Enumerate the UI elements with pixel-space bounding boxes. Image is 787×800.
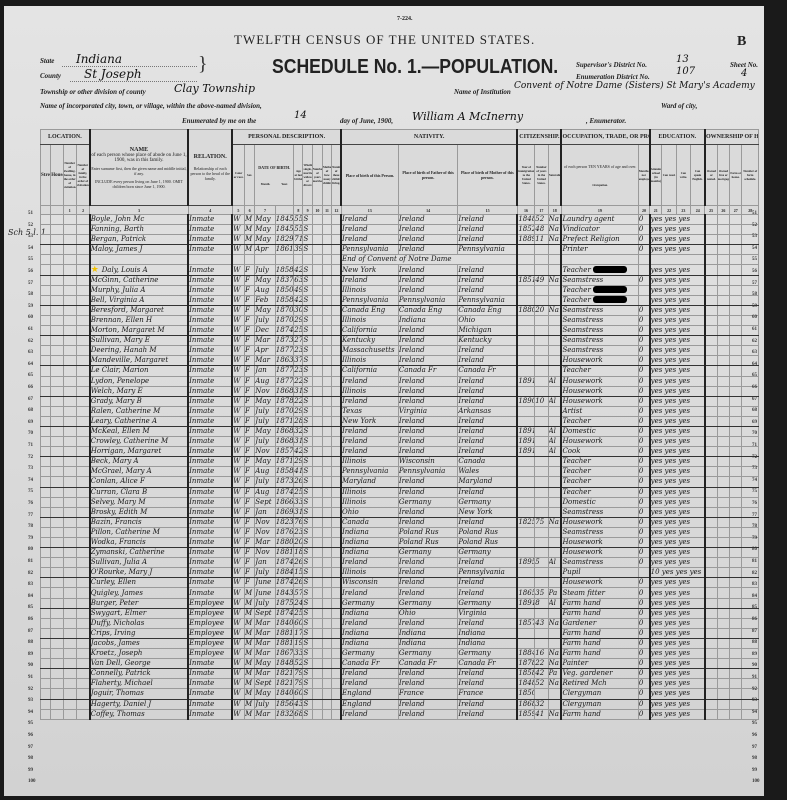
table-row: Conlan, Alice FInmateWFJuly187326SMaryla… bbox=[41, 477, 759, 487]
sex-cell: F bbox=[245, 366, 255, 376]
relation-cell: Employee bbox=[188, 598, 232, 608]
age-cell: 31 bbox=[294, 386, 303, 396]
children-living-cell bbox=[332, 497, 341, 507]
occupation-cell: Veg. gardener bbox=[561, 669, 638, 679]
occupation-cell: Seamstress bbox=[561, 558, 638, 568]
free-mortgaged-cell bbox=[717, 235, 729, 245]
months-unemployed-cell: 0 bbox=[638, 406, 649, 416]
years-in-us-cell: 49 bbox=[535, 275, 548, 285]
owned-rented-cell bbox=[705, 588, 717, 598]
immigration-year-cell: 1825 bbox=[517, 517, 534, 527]
table-row: Kroetz, JosephEmployeeWMMar186733SGerman… bbox=[41, 649, 759, 659]
column-number: 18 bbox=[548, 206, 561, 215]
marital-cell: S bbox=[303, 507, 312, 517]
color-cell: W bbox=[232, 416, 244, 426]
years-in-us-cell: 41 bbox=[535, 709, 548, 719]
color-cell: W bbox=[232, 346, 244, 356]
house-number-cell bbox=[51, 356, 63, 366]
enumerated-prefix: Enumerated by me on the bbox=[182, 117, 256, 125]
sex-cell: F bbox=[245, 437, 255, 447]
father-birthplace-cell: Ireland bbox=[398, 477, 457, 487]
free-mortgaged-cell bbox=[717, 366, 729, 376]
birth-year-cell: 1845 bbox=[275, 215, 293, 225]
birth-month-cell: Mar bbox=[255, 538, 276, 548]
father-birthplace-cell: Indiana bbox=[398, 628, 457, 638]
occupation-cell: Vindicator bbox=[561, 225, 638, 235]
marital-cell: S bbox=[303, 709, 312, 719]
children-living-cell bbox=[332, 467, 341, 477]
education-cell: yes yes yes bbox=[650, 517, 705, 527]
house-number-cell bbox=[51, 346, 63, 356]
birth-month-cell: May bbox=[255, 457, 276, 467]
column-number: 23 bbox=[676, 206, 690, 215]
col-attended-school: Attended school (in months). bbox=[650, 145, 662, 206]
free-mortgaged-cell bbox=[717, 548, 729, 558]
farm-house-cell bbox=[730, 295, 742, 305]
line-number: 55 bbox=[28, 257, 33, 262]
father-birthplace-cell: Canada Eng bbox=[398, 305, 457, 315]
children-living-cell bbox=[332, 649, 341, 659]
birthplace-cell: Illinois bbox=[341, 285, 398, 295]
age-cell: 33 bbox=[294, 649, 303, 659]
years-married-cell bbox=[312, 699, 322, 709]
house-number-cell bbox=[51, 225, 63, 235]
owned-rented-cell bbox=[705, 326, 717, 336]
family-cell bbox=[76, 578, 89, 588]
children-living-cell bbox=[332, 669, 341, 679]
relation-cell: Inmate bbox=[188, 326, 232, 336]
years-married-cell bbox=[312, 447, 322, 457]
father-birthplace-cell: Ireland bbox=[398, 376, 457, 386]
name-cell: Brennan, Ellen H bbox=[90, 315, 188, 325]
education-cell: yes yes yes bbox=[650, 386, 705, 396]
family-cell bbox=[76, 659, 89, 669]
farm-house-cell bbox=[730, 336, 742, 346]
birth-month-cell: May bbox=[255, 305, 276, 315]
birthplace-cell: Indiana bbox=[341, 527, 398, 537]
years-in-us-cell bbox=[535, 406, 548, 416]
sex-cell: F bbox=[245, 568, 255, 578]
table-row: Crowley, Catherine MInmateWFJuly186831SI… bbox=[41, 437, 759, 447]
birth-month-cell: Aug bbox=[255, 376, 276, 386]
immigration-year-cell bbox=[517, 356, 534, 366]
line-number: 86 bbox=[28, 617, 33, 622]
name-cell bbox=[90, 255, 188, 265]
group-citizenship: CITIZENSHIP. bbox=[517, 130, 561, 145]
farm-house-cell bbox=[730, 285, 742, 295]
birth-year-cell: 1870 bbox=[275, 406, 293, 416]
education-cell: yes yes yes bbox=[650, 225, 705, 235]
years-in-us-cell bbox=[535, 568, 548, 578]
color-cell: W bbox=[232, 517, 244, 527]
father-birthplace-cell: Pennsylvania bbox=[398, 295, 457, 305]
enumerated-day: 14 bbox=[294, 110, 307, 121]
column-number: 11 bbox=[322, 206, 331, 215]
immigration-year-cell bbox=[517, 538, 534, 548]
line-number: 86 bbox=[752, 617, 757, 622]
birthplace-cell: Wisconsin bbox=[341, 578, 398, 588]
marital-cell: S bbox=[303, 517, 312, 527]
table-row: Beck, Mary AInmateWFMay187129SIllinoisWi… bbox=[41, 457, 759, 467]
age-cell: 42 bbox=[294, 447, 303, 457]
father-birthplace-cell: Ireland bbox=[398, 578, 457, 588]
line-number: 59 bbox=[28, 304, 33, 309]
line-number: 75 bbox=[752, 489, 757, 494]
mother-birthplace-cell: Ohio bbox=[458, 315, 517, 325]
birth-year-cell: 1874 bbox=[275, 558, 293, 568]
mother-of-cell bbox=[322, 568, 331, 578]
line-number: 76 bbox=[28, 501, 33, 506]
free-mortgaged-cell bbox=[717, 628, 729, 638]
months-unemployed-cell: 0 bbox=[638, 447, 649, 457]
family-cell bbox=[76, 346, 89, 356]
years-in-us-cell bbox=[535, 346, 548, 356]
table-row: ★ Daly, Louis AInmateWFJuly185842SNew Yo… bbox=[41, 265, 759, 275]
name-cell: Coffey, Thomas bbox=[90, 709, 188, 719]
marital-cell: S bbox=[303, 265, 312, 275]
occupation-cell: Farm hand bbox=[561, 628, 638, 638]
years-married-cell bbox=[312, 437, 322, 447]
free-mortgaged-cell bbox=[717, 588, 729, 598]
birthplace-cell: Indiana bbox=[341, 538, 398, 548]
line-number: 55 bbox=[752, 257, 757, 262]
farm-house-cell bbox=[730, 477, 742, 487]
street-cell bbox=[41, 477, 51, 487]
free-mortgaged-cell bbox=[717, 659, 729, 669]
birthplace-cell: Canada bbox=[341, 517, 398, 527]
months-unemployed-cell: 0 bbox=[638, 245, 649, 255]
color-cell: W bbox=[232, 618, 244, 628]
sex-cell: F bbox=[245, 336, 255, 346]
color-cell: W bbox=[232, 568, 244, 578]
sex-cell: F bbox=[245, 275, 255, 285]
years-married-cell bbox=[312, 527, 322, 537]
free-mortgaged-cell bbox=[717, 386, 729, 396]
father-birthplace-cell: Canada Fr bbox=[398, 366, 457, 376]
birth-year-cell: 1878 bbox=[275, 396, 293, 406]
column-number: 3 bbox=[90, 206, 188, 215]
birthplace-cell: Kentucky bbox=[341, 336, 398, 346]
children-living-cell bbox=[332, 326, 341, 336]
family-cell bbox=[76, 618, 89, 628]
table-row: Burger, PeterEmployeeWMJuly187524SGerman… bbox=[41, 598, 759, 608]
dwelling-cell bbox=[63, 618, 76, 628]
birth-year-cell: 1848 bbox=[275, 659, 293, 669]
children-living-cell bbox=[332, 477, 341, 487]
county-value: St Joseph bbox=[84, 67, 142, 81]
line-number: 74 bbox=[28, 478, 33, 483]
birth-year-cell: 1873 bbox=[275, 477, 293, 487]
enumeration-district-value: 107 bbox=[676, 66, 695, 77]
naturalization-cell bbox=[548, 336, 561, 346]
months-unemployed-cell: 0 bbox=[638, 366, 649, 376]
street-cell bbox=[41, 659, 51, 669]
children-living-cell bbox=[332, 275, 341, 285]
father-birthplace-cell: Indiana bbox=[398, 315, 457, 325]
census-title: TWELFTH CENSUS OF THE UNITED STATES. bbox=[234, 32, 535, 48]
education-cell: yes yes yes bbox=[650, 669, 705, 679]
birth-year-cell: 1840 bbox=[275, 618, 293, 628]
father-birthplace-cell: Ireland bbox=[398, 679, 457, 689]
color-cell: W bbox=[232, 548, 244, 558]
dwelling-cell bbox=[63, 538, 76, 548]
column-number: 15 bbox=[458, 206, 517, 215]
dwelling-cell bbox=[63, 326, 76, 336]
group-personal: PERSONAL DESCRIPTION. bbox=[232, 130, 341, 145]
years-married-cell bbox=[312, 326, 322, 336]
occupation-cell: Housework bbox=[561, 578, 638, 588]
sex-cell: F bbox=[245, 507, 255, 517]
education-cell: yes yes yes bbox=[650, 366, 705, 376]
free-mortgaged-cell bbox=[717, 255, 729, 265]
years-in-us-cell: 43 bbox=[535, 618, 548, 628]
years-married-cell bbox=[312, 689, 322, 699]
birth-year-cell: 1875 bbox=[275, 598, 293, 608]
age-cell: 41 bbox=[294, 467, 303, 477]
years-in-us-cell bbox=[535, 386, 548, 396]
years-in-us-cell bbox=[535, 315, 548, 325]
naturalization-cell: Al bbox=[548, 376, 561, 386]
farm-house-cell bbox=[730, 709, 742, 719]
group-education: EDUCATION. bbox=[650, 130, 705, 145]
free-mortgaged-cell bbox=[717, 346, 729, 356]
months-unemployed-cell: 0 bbox=[638, 487, 649, 497]
education-cell bbox=[650, 255, 705, 265]
occupation-cell: Retired Mch bbox=[561, 679, 638, 689]
family-cell bbox=[76, 649, 89, 659]
immigration-year-cell: 1868 bbox=[517, 699, 534, 709]
age-cell: 22 bbox=[294, 396, 303, 406]
redaction-mark bbox=[593, 296, 627, 303]
family-cell bbox=[76, 245, 89, 255]
mother-of-cell bbox=[322, 497, 331, 507]
birth-year-cell: 1880 bbox=[275, 538, 293, 548]
farm-house-cell bbox=[730, 487, 742, 497]
marital-cell: S bbox=[303, 467, 312, 477]
farm-house-cell bbox=[730, 608, 742, 618]
birth-month-cell: July bbox=[255, 416, 276, 426]
col-immigration-year: Year of immigration to the United States… bbox=[517, 145, 534, 206]
name-cell: Ralen, Catherine M bbox=[90, 406, 188, 416]
owned-rented-cell bbox=[705, 225, 717, 235]
birth-year-cell: 1843 bbox=[275, 588, 293, 598]
family-cell bbox=[76, 608, 89, 618]
years-in-us-cell: 11 bbox=[535, 235, 548, 245]
marital-cell: S bbox=[303, 649, 312, 659]
age-cell: 26 bbox=[294, 558, 303, 568]
relation-cell: Employee bbox=[188, 618, 232, 628]
months-unemployed-cell: 0 bbox=[638, 669, 649, 679]
children-living-cell bbox=[332, 366, 341, 376]
father-birthplace-cell: Ireland bbox=[398, 356, 457, 366]
marital-cell bbox=[303, 255, 312, 265]
father-birthplace-cell: Canada Fr bbox=[398, 659, 457, 669]
table-row: Zymanski, CatherineInmateWFNov188118SInd… bbox=[41, 548, 759, 558]
children-living-cell bbox=[332, 285, 341, 295]
line-number: 93 bbox=[752, 698, 757, 703]
owned-rented-cell bbox=[705, 679, 717, 689]
mother-of-cell bbox=[322, 416, 331, 426]
birthplace-cell: Massachusetts bbox=[341, 346, 398, 356]
birthplace-cell: California bbox=[341, 366, 398, 376]
dwelling-cell bbox=[63, 305, 76, 315]
birthplace-cell: Ireland bbox=[341, 376, 398, 386]
mother-birthplace-cell: Canada Fr bbox=[458, 366, 517, 376]
family-cell bbox=[76, 305, 89, 315]
marital-cell: S bbox=[303, 598, 312, 608]
birthplace-cell: Ireland bbox=[341, 275, 398, 285]
education-cell: yes yes yes bbox=[650, 638, 705, 648]
sex-cell: M bbox=[245, 669, 255, 679]
table-row: Murphy, Julia AInmateWFAug185049SIllinoi… bbox=[41, 285, 759, 295]
family-cell bbox=[76, 638, 89, 648]
group-name: NAME of each person whose place of abode… bbox=[90, 130, 188, 206]
occupation-cell: Teacher bbox=[561, 265, 638, 275]
house-number-cell bbox=[51, 598, 63, 608]
months-unemployed-cell: 0 bbox=[638, 477, 649, 487]
birth-year-cell: 1873 bbox=[275, 336, 293, 346]
dwelling-cell bbox=[63, 548, 76, 558]
name-cell: Bazin, Francis bbox=[90, 517, 188, 527]
marital-cell: S bbox=[303, 487, 312, 497]
children-living-cell bbox=[332, 305, 341, 315]
column-number: 26 bbox=[717, 206, 729, 215]
years-in-us-cell: 10 bbox=[535, 396, 548, 406]
family-cell bbox=[76, 588, 89, 598]
immigration-year-cell: 1848 bbox=[517, 215, 534, 225]
birth-year-cell: 1821 bbox=[275, 679, 293, 689]
years-in-us-cell: 48 bbox=[535, 225, 548, 235]
birthplace-cell: Ohio bbox=[341, 507, 398, 517]
name-cell: Bell, Virginia A bbox=[90, 295, 188, 305]
redaction-mark bbox=[593, 266, 627, 273]
house-number-cell bbox=[51, 608, 63, 618]
end-note: End of Convent of Notre Dame bbox=[341, 255, 517, 265]
sheet-no-value: 4 bbox=[741, 68, 747, 79]
relation-cell: Employee bbox=[188, 628, 232, 638]
name-cell: Murphy, Julia A bbox=[90, 285, 188, 295]
mother-birthplace-cell: Germany bbox=[458, 548, 517, 558]
street-cell bbox=[41, 275, 51, 285]
sex-cell: M bbox=[245, 709, 255, 719]
sex-cell: F bbox=[245, 497, 255, 507]
table-row: Joguir, ThomasInmateWMMay184060SEnglandF… bbox=[41, 689, 759, 699]
line-number: 57 bbox=[752, 281, 757, 286]
months-unemployed-cell: 0 bbox=[638, 386, 649, 396]
birth-year-cell: 1850 bbox=[275, 285, 293, 295]
years-in-us-cell: 16 bbox=[535, 649, 548, 659]
column-number: 9 bbox=[303, 206, 312, 215]
house-number-cell bbox=[51, 265, 63, 275]
relation-cell: Inmate bbox=[188, 265, 232, 275]
years-in-us-cell bbox=[535, 437, 548, 447]
line-number: 87 bbox=[28, 629, 33, 634]
months-unemployed-cell: 0 bbox=[638, 497, 649, 507]
years-married-cell bbox=[312, 255, 322, 265]
occupation-cell: Seamstress bbox=[561, 336, 638, 346]
sex-cell: F bbox=[245, 386, 255, 396]
relation-cell: Inmate bbox=[188, 659, 232, 669]
table-row: Sullivan, Mary EInmateWFMar187327SKentuc… bbox=[41, 336, 759, 346]
father-birthplace-cell: Ireland bbox=[398, 285, 457, 295]
mother-of-cell bbox=[322, 255, 331, 265]
relation-cell: Inmate bbox=[188, 346, 232, 356]
name-cell: Connelly, Patrick bbox=[90, 669, 188, 679]
occupation-cell: Teacher bbox=[561, 487, 638, 497]
free-mortgaged-cell bbox=[717, 426, 729, 436]
line-number: 92 bbox=[752, 687, 757, 692]
line-number: 71 bbox=[752, 443, 757, 448]
children-living-cell bbox=[332, 608, 341, 618]
education-cell: yes yes yes bbox=[650, 416, 705, 426]
farm-house-cell bbox=[730, 649, 742, 659]
dwelling-cell bbox=[63, 245, 76, 255]
children-living-cell bbox=[332, 628, 341, 638]
farm-house-cell bbox=[730, 689, 742, 699]
birth-month-cell: June bbox=[255, 588, 276, 598]
education-cell: yes yes yes bbox=[650, 265, 705, 275]
family-cell bbox=[76, 457, 89, 467]
col-marital: Whether single, married, widowed, or div… bbox=[303, 145, 312, 206]
naturalization-cell: Na bbox=[548, 709, 561, 719]
dwelling-cell bbox=[63, 275, 76, 285]
naturalization-cell bbox=[548, 527, 561, 537]
immigration-year-cell: 1848 bbox=[517, 679, 534, 689]
months-unemployed-cell: 0 bbox=[638, 225, 649, 235]
enumerated-suffix: day of June, 1900, bbox=[340, 117, 393, 125]
years-married-cell bbox=[312, 295, 322, 305]
years-in-us-cell bbox=[535, 497, 548, 507]
farm-house-cell bbox=[730, 346, 742, 356]
line-number: 62 bbox=[752, 339, 757, 344]
mother-of-cell bbox=[322, 517, 331, 527]
mother-birthplace-cell: Ireland bbox=[458, 709, 517, 719]
birth-year-cell: 1874 bbox=[275, 608, 293, 618]
free-mortgaged-cell bbox=[717, 568, 729, 578]
mother-of-cell bbox=[322, 346, 331, 356]
line-number: 65 bbox=[28, 373, 33, 378]
education-cell: yes yes yes bbox=[650, 285, 705, 295]
street-cell bbox=[41, 689, 51, 699]
father-birthplace-cell: Ireland bbox=[398, 386, 457, 396]
immigration-year-cell: 1852 bbox=[517, 225, 534, 235]
name-cell: Zymanski, Catherine bbox=[90, 548, 188, 558]
brace-icon: } bbox=[198, 53, 208, 76]
table-row: Mandeville, MargaretInmateWFMar186337SIl… bbox=[41, 356, 759, 366]
occupation-cell: Gardener bbox=[561, 618, 638, 628]
father-birthplace-cell: Ireland bbox=[398, 618, 457, 628]
dwelling-cell bbox=[63, 679, 76, 689]
mother-birthplace-cell: Germany bbox=[458, 497, 517, 507]
years-in-us-cell bbox=[535, 477, 548, 487]
name-cell: ★ Daly, Louis A bbox=[90, 265, 188, 275]
farm-house-cell bbox=[730, 699, 742, 709]
years-in-us-cell bbox=[535, 507, 548, 517]
naturalization-cell: Al bbox=[548, 447, 561, 457]
group-relation: RELATION. Relationship of each person to… bbox=[188, 130, 232, 206]
line-number: 60 bbox=[752, 315, 757, 320]
family-cell bbox=[76, 426, 89, 436]
family-cell bbox=[76, 326, 89, 336]
color-cell: W bbox=[232, 245, 244, 255]
years-married-cell bbox=[312, 618, 322, 628]
sex-cell: F bbox=[245, 538, 255, 548]
col-birth-person: Place of birth of this Person. bbox=[341, 145, 398, 206]
farm-house-cell bbox=[730, 507, 742, 517]
years-married-cell bbox=[312, 679, 322, 689]
free-mortgaged-cell bbox=[717, 578, 729, 588]
age-cell: 15 bbox=[294, 568, 303, 578]
